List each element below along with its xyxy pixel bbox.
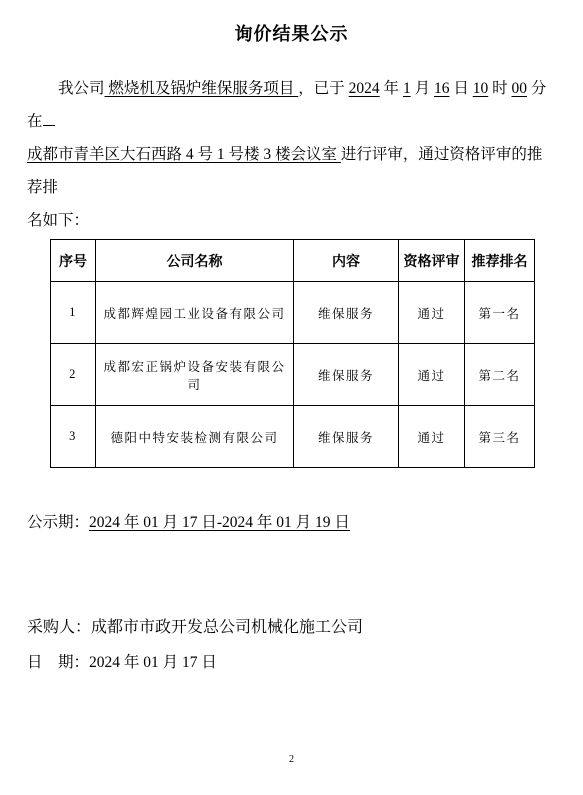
company-name-cell: 德阳中特安装检测有限公司 bbox=[96, 406, 294, 468]
page-number: 2 bbox=[0, 754, 583, 765]
purchaser-value: 成都市市政开发总公司机械化施工公司 bbox=[91, 619, 363, 636]
result-table: 序号 公司名称 内容 资格评审 推荐排名 1 成都辉煌园工业设备有限公司 维保服… bbox=[50, 239, 535, 468]
date-label: 日 期： bbox=[27, 654, 89, 671]
text-segment: 时 bbox=[488, 80, 511, 97]
month-underlined: 1 bbox=[403, 80, 411, 97]
qualification-cell: 通过 bbox=[399, 344, 465, 406]
purchaser-label: 采购人： bbox=[27, 619, 91, 636]
header-qualification-review: 资格评审 bbox=[399, 240, 465, 282]
header-serial-number: 序号 bbox=[51, 240, 96, 282]
header-content: 内容 bbox=[294, 240, 399, 282]
company-name-cell: 成都宏正锅炉设备安装有限公司 bbox=[96, 344, 294, 406]
ranking-cell: 第二名 bbox=[465, 344, 535, 406]
text-segment: 名如下： bbox=[27, 212, 89, 229]
purchaser-line: 采购人：成都市市政开发总公司机械化施工公司 bbox=[27, 614, 583, 637]
qualification-cell: 通过 bbox=[399, 406, 465, 468]
serial-number-cell: 1 bbox=[51, 282, 96, 344]
table-row: 3 德阳中特安装检测有限公司 维保服务 通过 第三名 bbox=[51, 406, 535, 468]
page-title: 询价结果公示 bbox=[0, 20, 583, 46]
publicity-period-label: 公示期： bbox=[27, 514, 89, 531]
ranking-cell: 第三名 bbox=[465, 406, 535, 468]
company-name-cell: 成都辉煌园工业设备有限公司 bbox=[96, 282, 294, 344]
date-value: 2024 年 01 月 17 日 bbox=[89, 654, 217, 671]
intro-paragraph: 我公司 燃烧机及锅炉维保服务项目 ，已于 2024 年 1 月 16 日 10 … bbox=[27, 72, 557, 237]
content-cell: 维保服务 bbox=[294, 406, 399, 468]
table-header-row: 序号 公司名称 内容 资格评审 推荐排名 bbox=[51, 240, 535, 282]
serial-number-cell: 2 bbox=[51, 344, 96, 406]
paragraph-line-3: 名如下： bbox=[27, 204, 557, 237]
document-page: 询价结果公示 我公司 燃烧机及锅炉维保服务项目 ，已于 2024 年 1 月 1… bbox=[0, 0, 583, 795]
year-underlined: 2024 bbox=[349, 80, 380, 97]
serial-number-cell: 3 bbox=[51, 406, 96, 468]
paragraph-line-1: 我公司 燃烧机及锅炉维保服务项目 ，已于 2024 年 1 月 16 日 10 … bbox=[27, 72, 557, 138]
text-segment: 年 bbox=[380, 80, 403, 97]
text-segment: ，已于 bbox=[298, 80, 348, 97]
text-segment: 月 bbox=[411, 80, 434, 97]
minute-underlined: 00 bbox=[511, 80, 527, 97]
header-company-name: 公司名称 bbox=[96, 240, 294, 282]
table-row: 1 成都辉煌园工业设备有限公司 维保服务 通过 第一名 bbox=[51, 282, 535, 344]
venue-underlined: 成都市青羊区大石西路 4 号 1 号楼 3 楼会议室 bbox=[27, 146, 341, 163]
table-row: 2 成都宏正锅炉设备安装有限公司 维保服务 通过 第二名 bbox=[51, 344, 535, 406]
day-underlined: 16 bbox=[434, 80, 450, 97]
blank-underline bbox=[43, 110, 55, 127]
publicity-period-line: 公示期：2024 年 01 月 17 日-2024 年 01 月 19 日 bbox=[27, 510, 583, 532]
date-line: 日 期：2024 年 01 月 17 日 bbox=[27, 650, 583, 672]
hour-underlined: 10 bbox=[473, 80, 489, 97]
paragraph-line-2: 成都市青羊区大石西路 4 号 1 号楼 3 楼会议室 进行评审，通过资格评审的推… bbox=[27, 138, 557, 204]
header-recommended-ranking: 推荐排名 bbox=[465, 240, 535, 282]
qualification-cell: 通过 bbox=[399, 282, 465, 344]
text-segment: 我公司 bbox=[58, 80, 105, 97]
ranking-cell: 第一名 bbox=[465, 282, 535, 344]
content-cell: 维保服务 bbox=[294, 282, 399, 344]
project-name-underlined: 燃烧机及锅炉维保服务项目 bbox=[105, 80, 299, 97]
content-cell: 维保服务 bbox=[294, 344, 399, 406]
text-segment: 日 bbox=[449, 80, 472, 97]
publicity-period-value: 2024 年 01 月 17 日-2024 年 01 月 19 日 bbox=[89, 514, 350, 531]
